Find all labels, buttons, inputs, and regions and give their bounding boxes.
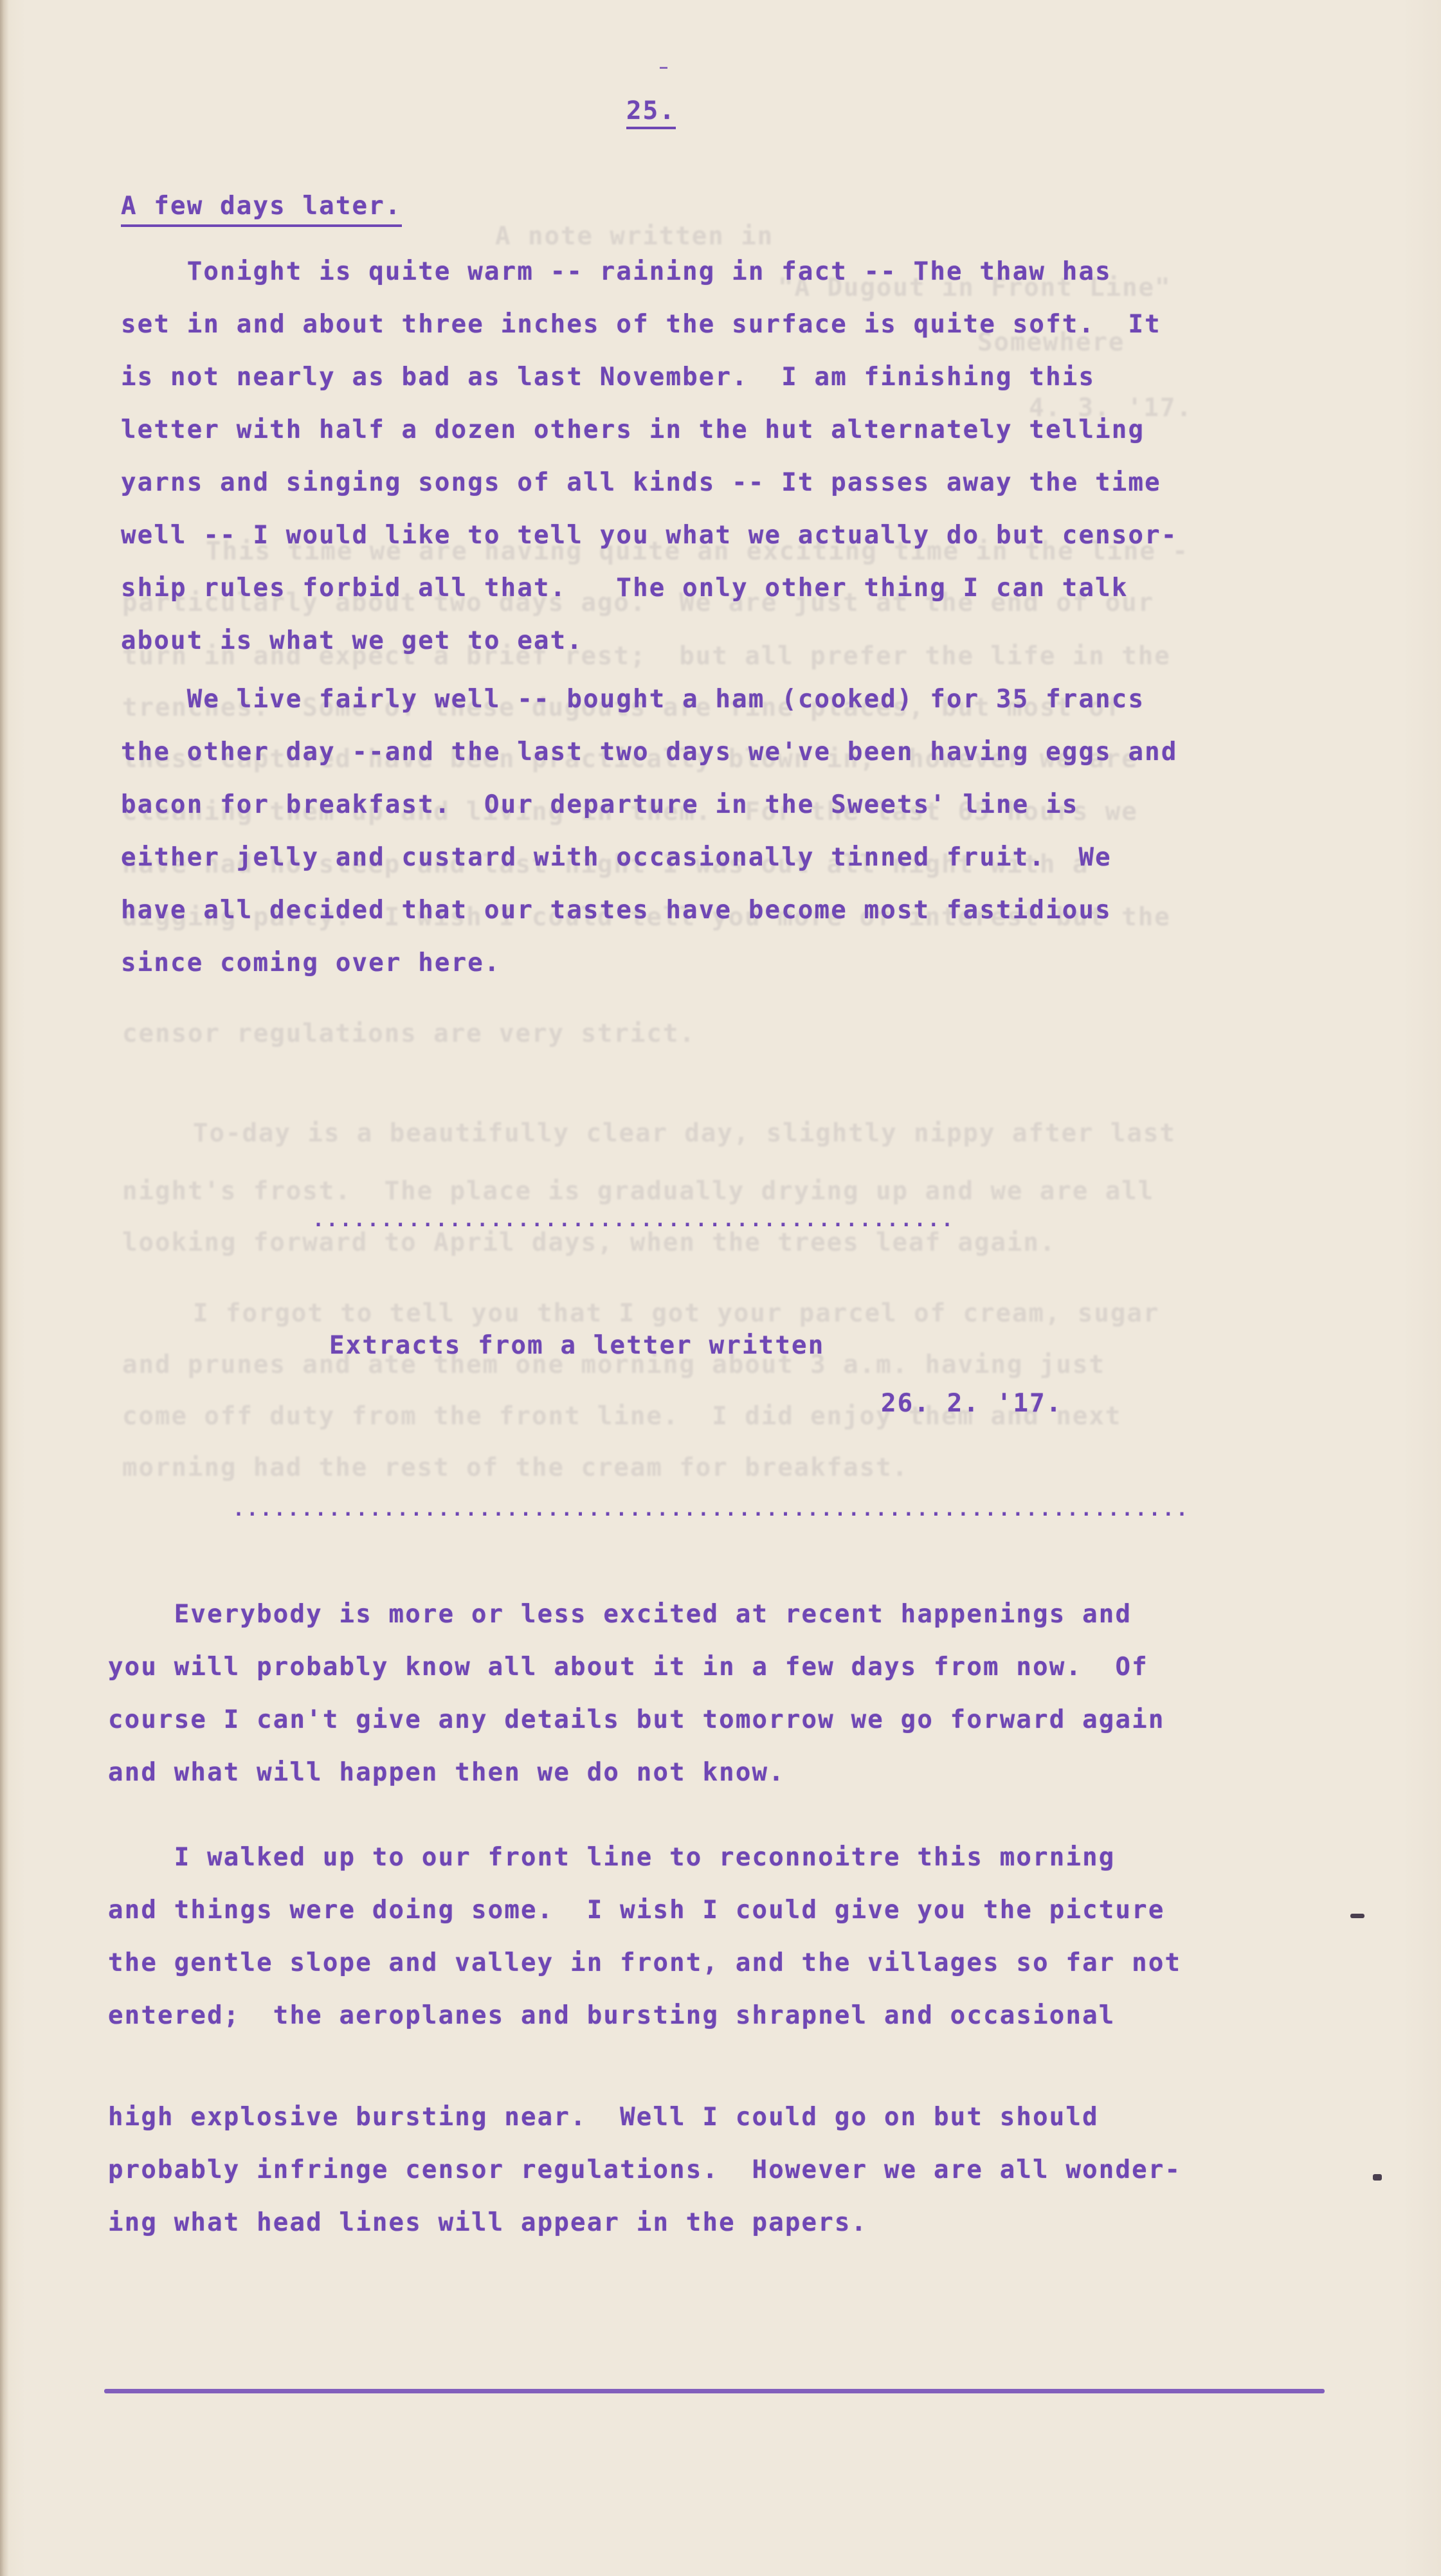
bleed-through-text: morning had the rest of the cream for br… <box>122 1453 909 1482</box>
text-line: and things were doing some. I wish I cou… <box>108 1896 1165 1925</box>
bleed-through-text: A note written in <box>495 222 774 251</box>
dotted-separator: ........................................… <box>313 1209 1196 1231</box>
text-line: yarns and singing songs of all kinds -- … <box>121 468 1161 497</box>
bleed-through-text: night's frost. The place is gradually dr… <box>122 1177 1154 1206</box>
closing-underline-rule <box>104 2389 1325 2393</box>
text-line: letter with half a dozen others in the h… <box>121 415 1145 444</box>
page-number: 25. <box>626 96 676 125</box>
text-line: about is what we get to eat. <box>121 626 583 655</box>
handwritten-dash-mark <box>1373 2174 1382 2181</box>
bleed-through-text: censor regulations are very strict. <box>122 1019 696 1048</box>
text-line: set in and about three inches of the sur… <box>121 310 1161 339</box>
extract-heading: Extracts from a letter written <box>329 1331 824 1360</box>
section-heading-text: A few days later. <box>121 192 402 227</box>
text-line: course I can't give any details but tomo… <box>108 1705 1165 1734</box>
bleed-through-text: To-day is a beautifully clear day, sligh… <box>193 1119 1176 1148</box>
text-line: ing what head lines will appear in the p… <box>108 2208 867 2237</box>
page-number-text: 25. <box>626 96 676 129</box>
text-line: the other day --and the last two days we… <box>121 738 1178 766</box>
text-line: high explosive bursting near. Well I cou… <box>108 2103 1099 2132</box>
text-line: bacon for breakfast. Our departure in th… <box>121 790 1078 819</box>
handwritten-dash-mark <box>1350 1914 1364 1918</box>
text-line: well -- I would like to tell you what we… <box>121 521 1178 550</box>
text-line: is not nearly as bad as last November. I… <box>121 363 1095 392</box>
text-line: probably infringe censor regulations. Ho… <box>108 2155 1181 2184</box>
section-heading-few-days-later: A few days later. <box>121 192 402 221</box>
extract-date: 26. 2. '17. <box>881 1389 1062 1418</box>
top-mark <box>660 67 667 69</box>
text-line: since coming over here. <box>121 948 501 977</box>
bleed-through-text: I forgot to tell you that I got your par… <box>193 1299 1159 1328</box>
text-line: the gentle slope and valley in front, an… <box>108 1948 1181 1977</box>
text-line: ship rules forbid all that. The only oth… <box>121 574 1128 603</box>
text-line: and what will happen then we do not know… <box>108 1758 785 1787</box>
typed-letter-page: A note written in "A Dugout in Front Lin… <box>0 0 1441 2576</box>
text-line: you will probably know all about it in a… <box>108 1653 1148 1682</box>
text-line: Tonight is quite warm -- raining in fact… <box>121 257 1112 286</box>
text-line: have all decided that our tastes have be… <box>121 896 1112 925</box>
text-line: I walked up to our front line to reconno… <box>108 1843 1115 1872</box>
bleed-through-text: looking forward to April days, when the … <box>122 1228 1056 1257</box>
text-line: We live fairly well -- bought a ham (coo… <box>121 685 1145 714</box>
text-line: entered; the aeroplanes and bursting shr… <box>108 2001 1115 2030</box>
text-line: Everybody is more or less excited at rec… <box>108 1600 1132 1629</box>
text-line: either jelly and custard with occasional… <box>121 843 1112 872</box>
dotted-separator: ........................................… <box>233 1498 1326 1521</box>
